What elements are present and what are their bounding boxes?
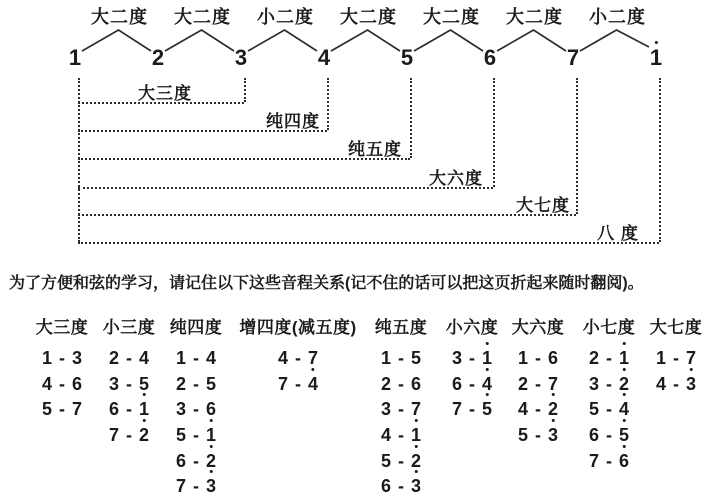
step-interval-label: 大二度 xyxy=(423,3,480,29)
interval-column-header: 小七度 xyxy=(583,313,636,338)
pair-high-note: 6 xyxy=(411,375,421,393)
pair-high-note-octave: 1 xyxy=(411,426,421,444)
pair-low-note: 6 xyxy=(109,400,119,418)
scale-degree-5: 5 xyxy=(401,47,413,69)
pair-dash: - xyxy=(193,400,199,418)
interval-column-header: 小六度 xyxy=(446,313,499,338)
pair-high-note: 3 xyxy=(72,349,82,367)
pair-low-note: 2 xyxy=(109,349,119,367)
interval-column-header: 增四度(减五度) xyxy=(239,313,356,338)
scale-degree-1: 1 xyxy=(69,47,81,69)
pair-dash: - xyxy=(398,375,404,393)
pair-dash: - xyxy=(59,400,65,418)
pair-dash: - xyxy=(606,452,612,470)
interval-pair: 5-1 xyxy=(170,422,223,448)
pair-high-note-octave: 3 xyxy=(548,426,558,444)
pair-high-note-octave: 2 xyxy=(411,452,421,470)
pair-high-note: 7 xyxy=(548,375,558,393)
step-interval-label: 小二度 xyxy=(589,3,646,29)
pair-low-note: 7 xyxy=(452,400,462,418)
pair-dash: - xyxy=(398,349,404,367)
pair-high-note-octave: 2 xyxy=(139,426,149,444)
pair-low-note: 4 xyxy=(278,349,288,367)
pair-low-note: 4 xyxy=(656,375,666,393)
pair-high-note: 4 xyxy=(139,349,149,367)
step-interval-label: 小二度 xyxy=(257,3,314,29)
pair-low-note: 7 xyxy=(278,375,288,393)
interval-pair: 2-5 xyxy=(170,371,223,397)
pair-dash: - xyxy=(535,349,541,367)
pair-dash: - xyxy=(193,375,199,393)
interval-column-header: 纯四度 xyxy=(170,313,223,338)
pair-high-note: 6 xyxy=(72,375,82,393)
pair-low-note: 4 xyxy=(42,375,52,393)
pair-dash: - xyxy=(398,426,404,444)
pair-low-note: 5 xyxy=(42,400,52,418)
interval-pair: 1-6 xyxy=(512,345,565,371)
interval-pair: 4-1 xyxy=(375,422,428,448)
bracket-label: 大三度 xyxy=(138,79,192,104)
scale-degree-2: 2 xyxy=(152,47,164,69)
bracket-vertical-line xyxy=(659,78,661,242)
pair-high-note-octave: 2 xyxy=(619,375,629,393)
interval-pair: 3-7 xyxy=(375,396,428,422)
pair-high-note: 5 xyxy=(206,375,216,393)
interval-column: 小三度2-43-56-17-2 xyxy=(103,313,156,448)
pair-dash: - xyxy=(469,375,475,393)
pair-low-note: 7 xyxy=(109,426,119,444)
interval-pair: 3-5 xyxy=(103,371,156,397)
pair-low-note: 3 xyxy=(589,375,599,393)
bracket-vertical-line xyxy=(576,78,578,214)
interval-column-header: 大六度 xyxy=(512,313,565,338)
pair-high-note-octave: 1 xyxy=(206,426,216,444)
pair-dash: - xyxy=(469,349,475,367)
interval-pair: 5-4 xyxy=(583,396,636,422)
interval-pair: 6-2 xyxy=(170,448,223,474)
pair-low-note: 5 xyxy=(176,426,186,444)
interval-pair: 6-1 xyxy=(103,396,156,422)
interval-diagram: 大二度大二度小二度大二度大二度大二度小二度12345671大三度纯四度纯五度大六… xyxy=(0,0,728,262)
step-interval-label: 大二度 xyxy=(340,3,397,29)
bracket-label: 大六度 xyxy=(429,164,483,189)
pair-low-note: 1 xyxy=(656,349,666,367)
bracket-label: 纯四度 xyxy=(266,107,320,132)
pair-low-note: 4 xyxy=(518,400,528,418)
pair-low-note: 3 xyxy=(452,349,462,367)
pair-low-note: 1 xyxy=(381,349,391,367)
pair-dash: - xyxy=(193,452,199,470)
interval-pair: 5-7 xyxy=(36,396,89,422)
pair-dash: - xyxy=(535,400,541,418)
pair-dash: - xyxy=(535,375,541,393)
pair-dash: - xyxy=(126,349,132,367)
pair-high-note: 6 xyxy=(548,349,558,367)
pair-high-note-octave: 1 xyxy=(139,400,149,418)
pair-dash: - xyxy=(193,477,199,495)
pair-low-note: 2 xyxy=(589,349,599,367)
interval-pair: 1-5 xyxy=(375,345,428,371)
interval-column-header: 大七度 xyxy=(650,313,703,338)
scale-degree-8: 1 xyxy=(650,47,662,69)
bracket-vertical-line xyxy=(244,78,246,102)
interval-column: 纯四度1-42-53-65-16-27-3 xyxy=(170,313,223,496)
interval-column: 纯五度1-52-63-74-15-26-3 xyxy=(375,313,428,496)
interval-pair: 2-6 xyxy=(375,371,428,397)
pair-low-note: 2 xyxy=(381,375,391,393)
pair-high-note-octave: 5 xyxy=(482,400,492,418)
pair-high-note: 7 xyxy=(411,400,421,418)
pair-low-note: 4 xyxy=(381,426,391,444)
interval-column: 小七度2-13-25-46-57-6 xyxy=(583,313,636,473)
interval-pair: 7-4 xyxy=(239,371,356,397)
bracket-label: 八 度 xyxy=(597,219,639,244)
pair-high-note: 7 xyxy=(308,349,318,367)
bracket-vertical-line xyxy=(410,78,412,158)
interval-column-header: 大三度 xyxy=(36,313,89,338)
bracket-vertical-line xyxy=(327,78,329,130)
pair-dash: - xyxy=(673,375,679,393)
pair-dash: - xyxy=(398,477,404,495)
pair-dash: - xyxy=(126,375,132,393)
pair-dash: - xyxy=(606,426,612,444)
pair-low-note: 5 xyxy=(589,400,599,418)
pair-dash: - xyxy=(193,349,199,367)
pair-dash: - xyxy=(398,452,404,470)
interval-pair: 4-6 xyxy=(36,371,89,397)
interval-pair: 4-7 xyxy=(239,345,356,371)
pair-low-note: 7 xyxy=(589,452,599,470)
pair-dash: - xyxy=(606,400,612,418)
interval-pair: 7-3 xyxy=(170,473,223,496)
pair-dash: - xyxy=(193,426,199,444)
pair-low-note: 2 xyxy=(176,375,186,393)
pair-high-note: 5 xyxy=(139,375,149,393)
interval-column: 大七度1-74-3 xyxy=(650,313,703,396)
pair-dash: - xyxy=(606,375,612,393)
pair-low-note: 6 xyxy=(589,426,599,444)
scale-degree-4: 4 xyxy=(318,47,330,69)
interval-column: 增四度(减五度)4-77-4 xyxy=(239,313,356,396)
interval-pair: 1-4 xyxy=(170,345,223,371)
pair-low-note: 6 xyxy=(381,477,391,495)
pair-high-note-octave: 3 xyxy=(686,375,696,393)
interval-column-header: 小三度 xyxy=(103,313,156,338)
interval-pair: 3-6 xyxy=(170,396,223,422)
pair-dash: - xyxy=(126,426,132,444)
pair-low-note: 5 xyxy=(518,426,528,444)
interval-pair: 1-3 xyxy=(36,345,89,371)
scale-degree-3: 3 xyxy=(235,47,247,69)
instruction-text: 为了方便和弦的学习，请记住以下这些音程关系(记不住的话可以把这页折起来随时翻阅)… xyxy=(9,270,725,293)
interval-pair: 4-3 xyxy=(650,371,703,397)
pair-high-note: 7 xyxy=(686,349,696,367)
pair-dash: - xyxy=(59,349,65,367)
pair-dash: - xyxy=(606,349,612,367)
interval-pair: 5-3 xyxy=(512,422,565,448)
interval-pair: 3-1 xyxy=(446,345,499,371)
pair-low-note: 3 xyxy=(176,400,186,418)
pair-dash: - xyxy=(295,375,301,393)
interval-pair: 2-1 xyxy=(583,345,636,371)
bracket-vertical-line xyxy=(493,78,495,187)
pair-low-note: 6 xyxy=(176,452,186,470)
interval-pair: 2-7 xyxy=(512,371,565,397)
pair-low-note: 2 xyxy=(518,375,528,393)
pair-dash: - xyxy=(295,349,301,367)
pair-low-note: 7 xyxy=(176,477,186,495)
interval-pair: 6-4 xyxy=(446,371,499,397)
pair-high-note-octave: 4 xyxy=(482,375,492,393)
pair-high-note: 4 xyxy=(206,349,216,367)
step-interval-label: 大二度 xyxy=(506,3,563,29)
interval-column: 大六度1-62-74-25-3 xyxy=(512,313,565,448)
bracket-label: 纯五度 xyxy=(348,135,402,160)
pair-dash: - xyxy=(673,349,679,367)
scale-degree-7: 7 xyxy=(567,47,579,69)
interval-pair: 1-7 xyxy=(650,345,703,371)
interval-pair: 2-4 xyxy=(103,345,156,371)
pair-high-note-octave: 4 xyxy=(308,375,318,393)
music-theory-page: 大二度大二度小二度大二度大二度大二度小二度12345671大三度纯四度纯五度大六… xyxy=(0,0,728,496)
interval-pair: 7-5 xyxy=(446,396,499,422)
pair-low-note: 5 xyxy=(381,452,391,470)
pair-low-note: 1 xyxy=(176,349,186,367)
pair-high-note-octave: 6 xyxy=(619,452,629,470)
interval-pair: 4-2 xyxy=(512,396,565,422)
pair-high-note: 6 xyxy=(206,400,216,418)
pair-dash: - xyxy=(126,400,132,418)
pair-high-note: 5 xyxy=(411,349,421,367)
interval-pair: 7-2 xyxy=(103,422,156,448)
pair-low-note: 6 xyxy=(452,375,462,393)
pair-dash: - xyxy=(59,375,65,393)
interval-pair: 6-5 xyxy=(583,422,636,448)
octave-dot xyxy=(655,41,658,44)
pair-high-note-octave: 1 xyxy=(482,349,492,367)
pair-high-note-octave: 2 xyxy=(206,452,216,470)
pair-low-note: 1 xyxy=(518,349,528,367)
interval-column-header: 纯五度 xyxy=(375,313,428,338)
pair-low-note: 3 xyxy=(109,375,119,393)
pair-dash: - xyxy=(469,400,475,418)
bracket-horizontal-line xyxy=(78,242,659,244)
pair-low-note: 1 xyxy=(42,349,52,367)
pair-high-note-octave: 4 xyxy=(619,400,629,418)
bracket-horizontal-line xyxy=(78,214,576,216)
interval-column: 小六度3-16-47-5 xyxy=(446,313,499,422)
interval-pair: 3-2 xyxy=(583,371,636,397)
pair-low-note: 3 xyxy=(381,400,391,418)
pair-high-note-octave: 1 xyxy=(619,349,629,367)
interval-pair: 6-3 xyxy=(375,473,428,496)
pair-dash: - xyxy=(535,426,541,444)
step-interval-label: 大二度 xyxy=(91,3,148,29)
pair-high-note-octave: 5 xyxy=(619,426,629,444)
interval-column: 大三度1-34-65-7 xyxy=(36,313,89,422)
pair-high-note-octave: 3 xyxy=(411,477,421,495)
pair-high-note: 7 xyxy=(72,400,82,418)
bracket-label: 大七度 xyxy=(516,191,570,216)
pair-high-note-octave: 3 xyxy=(206,477,216,495)
pair-high-note-octave: 2 xyxy=(548,400,558,418)
step-interval-label: 大二度 xyxy=(174,3,231,29)
interval-pair: 5-2 xyxy=(375,448,428,474)
pair-dash: - xyxy=(398,400,404,418)
interval-pair: 7-6 xyxy=(583,448,636,474)
scale-degree-6: 6 xyxy=(484,47,496,69)
